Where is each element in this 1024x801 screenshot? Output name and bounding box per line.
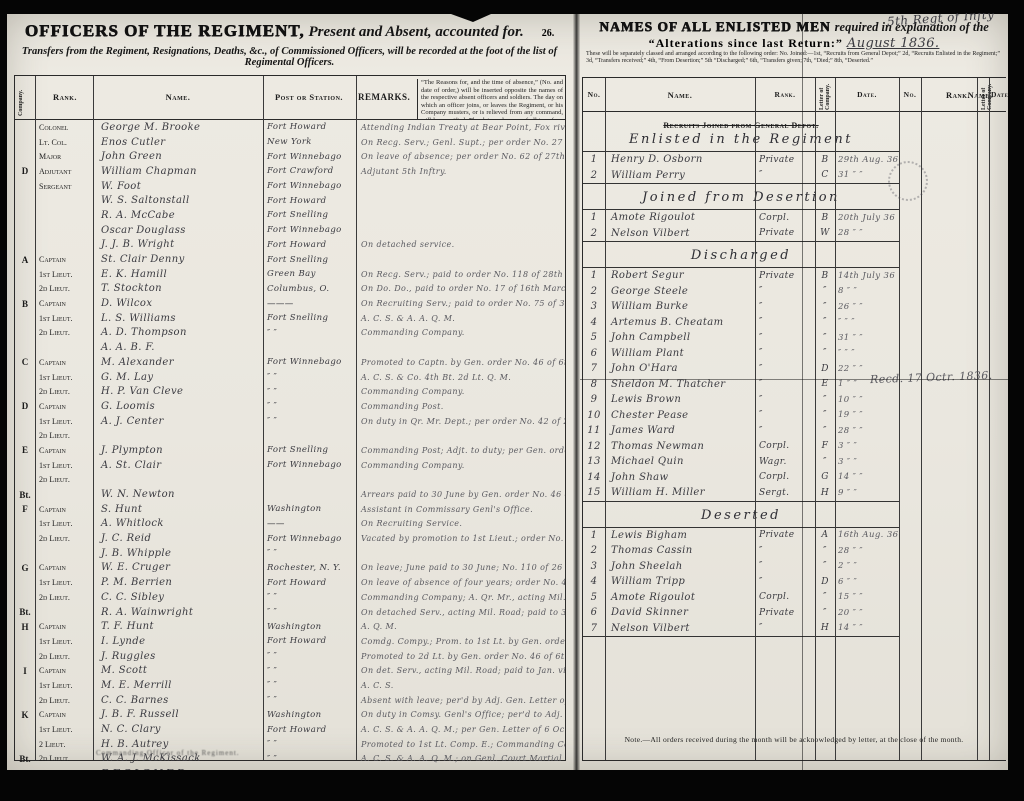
officer-rank: Lt. Col. bbox=[35, 138, 93, 147]
soldier-name: William Burke bbox=[605, 301, 755, 312]
officer-post: Washington bbox=[263, 622, 355, 632]
grid-line bbox=[356, 76, 357, 760]
soldier-company: C bbox=[815, 170, 835, 180]
officer-post: ″ ″ bbox=[263, 592, 355, 602]
officer-remarks: On Recruiting Service. bbox=[355, 519, 565, 528]
left-title-italic: Present and Absent, accounted for. bbox=[308, 24, 523, 40]
soldier-rank: Private bbox=[755, 530, 815, 540]
officer-rank: 2d Lieut. bbox=[35, 475, 93, 484]
officer-remarks: Arrears paid to 30 June by Gen. order No… bbox=[355, 490, 565, 499]
entry-number: 2 bbox=[583, 170, 605, 181]
officer-row: GCaptainW. E. CrugerRochester, N. Y.On l… bbox=[15, 561, 565, 576]
company-letter: K bbox=[15, 710, 35, 720]
officer-rank: Sergeant bbox=[35, 182, 93, 191]
grid-line bbox=[989, 78, 990, 760]
officer-rank: Captain bbox=[35, 402, 93, 411]
col-remarks-label: REMARKS. bbox=[358, 92, 416, 102]
soldier-name: John Campbell bbox=[605, 332, 755, 343]
section-entries: 1Henry D. OsbornPrivateB29th Aug. 362Wil… bbox=[583, 151, 899, 184]
officer-row: HCaptainT. F. HuntWashingtonA. Q. M. bbox=[15, 619, 565, 634]
officer-row: FCaptainS. HuntWashingtonAssistant in Co… bbox=[15, 502, 565, 517]
officer-rank: 2d Lieut. bbox=[35, 593, 93, 602]
officer-row: RESIGNED bbox=[15, 766, 565, 770]
officer-rank: 2d Lieut. bbox=[35, 534, 93, 543]
officer-row: Oscar DouglassFort Winnebago bbox=[15, 223, 565, 238]
soldier-rank: ″ bbox=[755, 317, 815, 327]
entry-date: 6 ″ ″ bbox=[835, 577, 899, 587]
soldier-name: Chester Pease bbox=[605, 410, 755, 421]
left-title-row: OFFICERS OF THE REGIMENT, Present and Ab… bbox=[6, 21, 573, 41]
company-letter: Bt. bbox=[15, 754, 35, 764]
soldier-name: Michael Quin bbox=[605, 456, 755, 467]
company-letter: A bbox=[15, 255, 35, 265]
enlisted-man-row: 7John O'Hara″D22 ″ ″ bbox=[583, 361, 899, 377]
officer-rank: Captain bbox=[35, 622, 93, 631]
officer-post: Columbus, O. bbox=[263, 284, 355, 294]
officer-rank: 2d Lieut. bbox=[35, 328, 93, 337]
officer-post: Fort Winnebago bbox=[263, 225, 355, 235]
enlisted-man-row: 4Artemus B. Cheatam″″″ ″ ″ bbox=[583, 315, 899, 331]
officer-remarks: On detached service. bbox=[355, 240, 565, 249]
soldier-company: ″ bbox=[815, 592, 835, 602]
entry-number: 4 bbox=[583, 317, 605, 328]
officers-page: OFFICERS OF THE REGIMENT, Present and Ab… bbox=[6, 13, 573, 770]
soldier-company: ″ bbox=[815, 302, 835, 312]
officer-remarks: On leave of absence; per order No. 62 of… bbox=[355, 152, 565, 161]
enlisted-man-row: 2Thomas Cassin″″28 ″ ″ bbox=[583, 543, 899, 559]
officer-post: New York bbox=[263, 137, 355, 147]
officer-name: R. A. McCabe bbox=[93, 210, 263, 221]
enlisted-man-row: 3John Sheelah″″2 ″ ″ bbox=[583, 559, 899, 575]
officer-remarks: Commanding Company. bbox=[355, 387, 565, 396]
entry-date: 20 ″ ″ bbox=[835, 608, 899, 618]
officer-row: 2d Lieut.J. Ruggles″ ″Promoted to 2d Lt.… bbox=[15, 649, 565, 664]
enlisted-man-row: 1Robert SegurPrivateB14th July 36 bbox=[583, 268, 899, 284]
enlisted-man-row: 1Lewis BighamPrivateA16th Aug. 36 bbox=[583, 528, 899, 544]
company-letter: E bbox=[15, 445, 35, 455]
soldier-rank: Private bbox=[755, 608, 815, 618]
soldier-name: William Plant bbox=[605, 348, 755, 359]
soldier-company: ″ bbox=[815, 286, 835, 296]
section-header: Discharged bbox=[583, 242, 899, 267]
officer-row: 1st Lieut.I. LyndeFort HowardComdg. Comp… bbox=[15, 634, 565, 649]
left-subtitle: Transfers from the Regiment, Resignation… bbox=[6, 46, 573, 68]
officer-rank: 1st Lieut. bbox=[35, 417, 93, 426]
officer-row: 1st Lieut.M. E. Merrill″ ″A. C. S. bbox=[15, 678, 565, 693]
officer-rank: Captain bbox=[35, 358, 93, 367]
alterations-table-header: No. Name. Rank. Letter of Company. Date.… bbox=[583, 78, 1006, 112]
officer-remarks: Commanding Company; A. Qr. Mr., acting M… bbox=[355, 593, 565, 602]
soldier-company: ″ bbox=[815, 317, 835, 327]
grid-line bbox=[835, 78, 836, 760]
officer-name: J. B. Whipple bbox=[93, 548, 263, 559]
company-letter: H bbox=[15, 622, 35, 632]
officer-post: Fort Snelling bbox=[263, 210, 355, 220]
soldier-rank: Corpl. bbox=[755, 592, 815, 602]
officer-row: BCaptainD. Wilcox———On Recruiting Serv.;… bbox=[15, 296, 565, 311]
soldier-company: D bbox=[815, 364, 835, 374]
soldier-rank: ″ bbox=[755, 364, 815, 374]
left-title-main: OFFICERS OF THE REGIMENT, bbox=[25, 21, 305, 40]
alterations-table-body: Recruits Joined from General Depot. Enli… bbox=[583, 112, 1006, 760]
officer-name: A. A. B. F. bbox=[93, 342, 263, 353]
entry-number: 12 bbox=[583, 441, 605, 452]
entry-date: 14th July 36 bbox=[835, 271, 899, 281]
company-letter: G bbox=[15, 563, 35, 573]
officer-name: J. C. Reid bbox=[93, 533, 263, 544]
officer-row: MajorJohn GreenFort WinnebagoOn leave of… bbox=[15, 149, 565, 164]
soldier-rank: ″ bbox=[755, 410, 815, 420]
soldier-rank: Wagr. bbox=[755, 457, 815, 467]
officer-row: R. A. McCabeFort Snelling bbox=[15, 208, 565, 223]
officer-name: S. Hunt bbox=[93, 504, 263, 515]
entry-number: 5 bbox=[583, 332, 605, 343]
officer-post: ″ ″ bbox=[263, 401, 355, 411]
officer-post: ″ ″ bbox=[263, 680, 355, 690]
entry-number: 6 bbox=[583, 348, 605, 359]
officer-rank: 2d Lieut. bbox=[35, 387, 93, 396]
soldier-name: Thomas Cassin bbox=[605, 545, 755, 556]
officer-remarks: Comdg. Compy.; Prom. to 1st Lt. by Gen. … bbox=[355, 637, 565, 646]
officer-name: I. Lynde bbox=[93, 636, 263, 647]
scan-edge-bottom bbox=[0, 770, 1024, 801]
struck-section-header: Recruits Joined from General Depot. bbox=[583, 112, 899, 126]
enlisted-man-row: 7Nelson Vilbert″H14 ″ ″ bbox=[583, 621, 899, 637]
officer-row: 1st Lieut.P. M. BerrienFort HowardOn lea… bbox=[15, 575, 565, 590]
soldier-name: Amote Rigoulot bbox=[605, 592, 755, 603]
officer-rank: 1st Lieut. bbox=[35, 373, 93, 382]
officer-name: M. Scott bbox=[93, 665, 263, 676]
officer-rank: 1st Lieut. bbox=[35, 461, 93, 470]
officer-remarks: Promoted to Captn. by Gen. order No. 46 … bbox=[355, 358, 565, 367]
officer-post: Fort Winnebago bbox=[263, 152, 355, 162]
soldier-name: Henry D. Osborn bbox=[605, 154, 755, 165]
officer-remarks: Attending Indian Treaty at Bear Point, F… bbox=[355, 123, 565, 132]
remarks-instructions: “The Reasons for, and the time of absenc… bbox=[417, 79, 563, 119]
soldier-name: David Skinner bbox=[605, 607, 755, 618]
entry-number: 15 bbox=[583, 487, 605, 498]
officer-remarks: Commanding Post. bbox=[355, 402, 565, 411]
soldier-rank: ″ bbox=[755, 623, 815, 633]
officer-row: J. J. B. WrightFort HowardOn detached se… bbox=[15, 238, 565, 253]
col-name-label: Name. bbox=[95, 92, 261, 102]
company-letter: B bbox=[15, 299, 35, 309]
officer-rank: 1st Lieut. bbox=[35, 637, 93, 646]
officer-name: W. Foot bbox=[93, 181, 263, 192]
grid-line bbox=[815, 78, 816, 760]
entry-number: 1 bbox=[583, 530, 605, 541]
entry-number: 3 bbox=[583, 301, 605, 312]
officer-row: Lt. Col.Enos CutlerNew YorkOn Recg. Serv… bbox=[15, 135, 565, 150]
right-title-line2: “Alterations since last Return:” bbox=[649, 36, 843, 50]
officer-post: Fort Crawford bbox=[263, 166, 355, 176]
entry-date: 10 ″ ″ bbox=[835, 395, 899, 405]
officer-remarks: On Recg. Serv.; paid to order No. 118 of… bbox=[355, 270, 565, 279]
officer-name: William Chapman bbox=[93, 166, 263, 177]
officer-row: 1st Lieut.G. M. Lay″ ″A. C. S. & Co. 4th… bbox=[15, 370, 565, 385]
soldier-name: Amote Rigoulot bbox=[605, 212, 755, 223]
officer-post: Fort Howard bbox=[263, 196, 355, 206]
officer-post: ″ ″ bbox=[263, 666, 355, 676]
entry-date: 28 ″ ″ bbox=[835, 546, 899, 556]
scanned-document: OFFICERS OF THE REGIMENT, Present and Ab… bbox=[0, 0, 1024, 801]
handwritten-month: August 1836. bbox=[847, 36, 940, 51]
company-letter: D bbox=[15, 401, 35, 411]
officer-row: 2d Lieut.C. C. Sibley″ ″Commanding Compa… bbox=[15, 590, 565, 605]
enlisted-man-row: 12Thomas NewmanCorpl.F3 ″ ″ bbox=[583, 439, 899, 455]
soldier-rank: Corpl. bbox=[755, 472, 815, 482]
grid-line bbox=[35, 76, 36, 760]
grid-line bbox=[263, 76, 264, 760]
officer-name: M. E. Merrill bbox=[93, 680, 263, 691]
enlisted-man-row: 5Amote RigoulotCorpl.″15 ″ ″ bbox=[583, 590, 899, 606]
officer-name: G. Loomis bbox=[93, 401, 263, 412]
soldier-company: B bbox=[815, 213, 835, 223]
officer-rank: 1st Lieut. bbox=[35, 578, 93, 587]
col-company-label: Company. bbox=[18, 80, 24, 116]
officer-remarks: Promoted to 1st Lt. Comp. E.; Commanding… bbox=[355, 740, 565, 749]
section-entries: 1Amote RigoulotCorpl.B20th July 362Nelso… bbox=[583, 209, 899, 242]
officer-remarks: On detached Serv., acting Mil. Road; pai… bbox=[355, 608, 565, 617]
officer-row: ECaptainJ. PlymptonFort SnellingCommandi… bbox=[15, 443, 565, 458]
officer-rank: Captain bbox=[35, 563, 93, 572]
officer-rank: 1st Lieut. bbox=[35, 725, 93, 734]
soldier-company: H bbox=[815, 488, 835, 498]
officer-row: Bt.R. A. Wainwright″ ″On detached Serv.,… bbox=[15, 605, 565, 620]
officer-rank: 1st Lieut. bbox=[35, 314, 93, 323]
soldier-name: Lewis Bigham bbox=[605, 530, 755, 541]
officer-row: J. B. Whipple″ ″ bbox=[15, 546, 565, 561]
officer-remarks: On Recg. Serv.; Genl. Supt.; per order N… bbox=[355, 138, 565, 147]
officer-post: ″ ″ bbox=[263, 416, 355, 426]
officer-remarks: A. C. S. & A. A. Q. M.; per Gen. Letter … bbox=[355, 725, 565, 734]
grid-line bbox=[755, 78, 756, 760]
officer-post: Fort Howard bbox=[263, 578, 355, 588]
officer-name: W. E. Cruger bbox=[93, 562, 263, 573]
enlisted-man-row: 1Amote RigoulotCorpl.B20th July 36 bbox=[583, 210, 899, 226]
officer-remarks: Adjutant 5th Inftry. bbox=[355, 167, 565, 176]
entry-date: 19 ″ ″ bbox=[835, 410, 899, 420]
alterations-table: No. Name. Rank. Letter of Company. Date.… bbox=[582, 77, 1006, 761]
officer-row: DCaptainG. Loomis″ ″Commanding Post. bbox=[15, 399, 565, 414]
entry-number: 13 bbox=[583, 456, 605, 467]
col-letter-label: Letter of Company. bbox=[819, 80, 831, 110]
col-no2-label: No. bbox=[899, 90, 921, 99]
soldier-name: James Ward bbox=[605, 425, 755, 436]
enlisted-man-row: 2Nelson VilbertPrivateW28 ″ ″ bbox=[583, 226, 899, 242]
entry-number: 3 bbox=[583, 561, 605, 572]
entry-number: 1 bbox=[583, 212, 605, 223]
grid-line bbox=[977, 78, 978, 760]
soldier-company: H bbox=[815, 623, 835, 633]
officer-remarks: On Do. Do., paid to order No. 17 of 16th… bbox=[355, 284, 565, 293]
officer-name: D. Wilcox bbox=[93, 298, 263, 309]
officer-remarks: On leave; June paid to 30 June; No. 110 … bbox=[355, 563, 565, 572]
officer-row: 1st Lieut.L. S. WilliamsFort SnellingA. … bbox=[15, 311, 565, 326]
entry-date: 26 ″ ″ bbox=[835, 302, 899, 312]
entry-date: 28 ″ ″ bbox=[835, 426, 899, 436]
officer-row: A. A. B. F. bbox=[15, 340, 565, 355]
entry-date: 8 ″ ″ bbox=[835, 286, 899, 296]
enlisted-man-row: 10Chester Pease″″19 ″ ″ bbox=[583, 408, 899, 424]
officer-post: Green Bay bbox=[263, 269, 355, 279]
printed-footnote: Note.—All orders received during the mon… bbox=[580, 735, 1008, 744]
officer-rank: Captain bbox=[35, 299, 93, 308]
soldier-name: William Perry bbox=[605, 170, 755, 181]
officer-name: T. Stockton bbox=[93, 283, 263, 294]
officer-name: J. J. B. Wright bbox=[93, 239, 263, 250]
soldier-company: ″ bbox=[815, 457, 835, 467]
officer-remarks: Commanding Post; Adjt. to duty; per Gen.… bbox=[355, 446, 565, 455]
officer-rank: Captain bbox=[35, 255, 93, 264]
soldier-name: Lewis Brown bbox=[605, 394, 755, 405]
officer-post: Fort Howard bbox=[263, 636, 355, 646]
officer-row: 2d Lieut.J. C. ReidFort WinnebagoVacated… bbox=[15, 531, 565, 546]
officer-name: C. C. Sibley bbox=[93, 592, 263, 603]
officer-rank: 2d Lieut. bbox=[35, 431, 93, 440]
soldier-rank: ″ bbox=[755, 170, 815, 180]
officer-row: 2d Lieut. bbox=[15, 428, 565, 443]
officer-name: M. Alexander bbox=[93, 357, 263, 368]
enlisted-man-row: 6David SkinnerPrivate″20 ″ ″ bbox=[583, 605, 899, 621]
officer-name: John Green bbox=[93, 151, 263, 162]
enlisted-man-row: 14John ShawCorpl.G14 ″ ″ bbox=[583, 470, 899, 486]
soldier-rank: ″ bbox=[755, 333, 815, 343]
soldier-name: Nelson Vilbert bbox=[605, 623, 755, 634]
soldier-company: B bbox=[815, 271, 835, 281]
entry-date: 20th July 36 bbox=[835, 213, 899, 223]
officer-name: N. C. Clary bbox=[93, 724, 263, 735]
entry-number: 6 bbox=[583, 607, 605, 618]
officer-remarks: On duty in Comsy. Genl's Office; per'd t… bbox=[355, 710, 565, 719]
soldier-company: W bbox=[815, 228, 835, 238]
officer-rank: 2d Lieut. bbox=[35, 754, 93, 763]
entry-date: 28 ″ ″ bbox=[835, 228, 899, 238]
entry-number: 7 bbox=[583, 363, 605, 374]
officer-row: 2d Lieut. bbox=[15, 473, 565, 488]
enlisted-man-row: 9Lewis Brown″″10 ″ ″ bbox=[583, 392, 899, 408]
soldier-company: ″ bbox=[815, 561, 835, 571]
officer-post: Fort Winnebago bbox=[263, 460, 355, 470]
grid-line bbox=[605, 78, 606, 760]
entry-date: 3 ″ ″ bbox=[835, 457, 899, 467]
footer-smudge: Commanding Officer of the Regiment. bbox=[96, 749, 240, 757]
officer-post: Fort Winnebago bbox=[263, 534, 355, 544]
soldier-rank: ″ bbox=[755, 577, 815, 587]
entry-date: 31 ″ ″ bbox=[835, 333, 899, 343]
soldier-company: D bbox=[815, 577, 835, 587]
entry-date: ″ ″ ″ bbox=[835, 348, 899, 358]
entry-date: ″ ″ ″ bbox=[835, 317, 899, 327]
entry-number: 1 bbox=[583, 270, 605, 281]
officer-rank: Adjutant bbox=[35, 167, 93, 176]
col-name-label: Name. bbox=[605, 90, 755, 100]
officer-remarks: Absent with leave; per'd by Adj. Gen. Le… bbox=[355, 696, 565, 705]
officer-name: W. S. Saltonstall bbox=[93, 195, 263, 206]
officer-remarks: A. C. S. bbox=[355, 681, 565, 690]
soldier-company: ″ bbox=[815, 426, 835, 436]
officer-post: Rochester, N. Y. bbox=[263, 563, 355, 573]
soldier-rank: ″ bbox=[755, 426, 815, 436]
soldier-rank: ″ bbox=[755, 302, 815, 312]
section-header: Joined from Desertion bbox=[583, 184, 899, 209]
entry-date: 15 ″ ″ bbox=[835, 592, 899, 602]
right-instructions: These will be separately classed and arr… bbox=[586, 51, 1000, 65]
officer-post: Washington bbox=[263, 710, 355, 720]
officers-table: Company. Rank. Name. Post or Station. RE… bbox=[14, 75, 566, 761]
enlisted-man-row: 5John Campbell″″31 ″ ″ bbox=[583, 330, 899, 346]
officer-remarks: On leave of absence of four years; order… bbox=[355, 578, 565, 587]
soldier-rank: Private bbox=[755, 155, 815, 165]
officer-remarks: A. C. S. & A. A. Q. M.; on Genl. Court M… bbox=[355, 754, 565, 763]
entry-number: 7 bbox=[583, 623, 605, 634]
officer-rank: Captain bbox=[35, 446, 93, 455]
officer-rank: Captain bbox=[35, 710, 93, 719]
officer-name: Oscar Douglass bbox=[93, 225, 263, 236]
entry-number: 2 bbox=[583, 286, 605, 297]
enlisted-man-row: 6William Plant″″″ ″ ″ bbox=[583, 346, 899, 362]
officer-remarks: On duty in Qr. Mr. Dept.; per order No. … bbox=[355, 417, 565, 426]
entry-date: 29th Aug. 36 bbox=[835, 155, 899, 165]
officer-post: Fort Howard bbox=[263, 240, 355, 250]
company-letter: C bbox=[15, 357, 35, 367]
officer-rank: 2d Lieut. bbox=[35, 284, 93, 293]
soldier-company: F bbox=[815, 441, 835, 451]
officers-table-header: Company. Rank. Name. Post or Station. RE… bbox=[15, 76, 565, 120]
soldier-rank: ″ bbox=[755, 286, 815, 296]
officer-row: CCaptainM. AlexanderFort WinnebagoPromot… bbox=[15, 355, 565, 370]
grid-line bbox=[93, 76, 94, 760]
soldier-name: John Sheelah bbox=[605, 561, 755, 572]
soldier-company: ″ bbox=[815, 546, 835, 556]
entry-date: 16th Aug. 36 bbox=[835, 530, 899, 540]
soldier-name: William H. Miller bbox=[605, 487, 755, 498]
company-letter: I bbox=[15, 666, 35, 676]
officer-name: George M. Brooke bbox=[93, 122, 263, 133]
col-post-label: Post or Station. bbox=[263, 92, 355, 102]
officer-row: 2d Lieut.H. P. Van Cleve″ ″Commanding Co… bbox=[15, 384, 565, 399]
officer-row: 2d Lieut.A. D. Thompson″ ″Commanding Com… bbox=[15, 326, 565, 341]
officer-name: P. M. Berrien bbox=[93, 577, 263, 588]
officer-rank: 2d Lieut. bbox=[35, 696, 93, 705]
soldier-name: Thomas Newman bbox=[605, 441, 755, 452]
officer-name: J. Plympton bbox=[93, 445, 263, 456]
entry-number: 1 bbox=[583, 154, 605, 165]
entry-number: 2 bbox=[583, 545, 605, 556]
officer-row: 1st Lieut.A. Whitlock——On Recruiting Ser… bbox=[15, 517, 565, 532]
officer-post: Fort Snelling bbox=[263, 313, 355, 323]
col-rank-label: Rank. bbox=[39, 92, 91, 102]
officer-post: Fort Snelling bbox=[263, 255, 355, 265]
soldier-rank: ″ bbox=[755, 348, 815, 358]
officer-row: ACaptainSt. Clair DennyFort Snelling bbox=[15, 252, 565, 267]
soldier-company: ″ bbox=[815, 410, 835, 420]
enlisted-man-row: 11James Ward″″28 ″ ″ bbox=[583, 423, 899, 439]
soldier-name: William Tripp bbox=[605, 576, 755, 587]
soldier-name: John Shaw bbox=[605, 472, 755, 483]
col-rank-label: Rank. bbox=[755, 90, 815, 99]
soldier-name: John O'Hara bbox=[605, 363, 755, 374]
soldier-rank: Private bbox=[755, 271, 815, 281]
entry-date: 14 ″ ″ bbox=[835, 472, 899, 482]
officer-remarks: On Recruiting Serv.; paid to order No. 7… bbox=[355, 299, 565, 308]
fold-crease-horizontal bbox=[580, 379, 1008, 380]
soldier-company: E bbox=[815, 379, 835, 389]
officer-name: W. N. Newton bbox=[93, 489, 263, 500]
page-number: 26. bbox=[542, 28, 555, 39]
enlisted-men-page: NAMES OF ALL ENLISTED MEN required in ex… bbox=[580, 13, 1008, 770]
entry-date: 3 ″ ″ bbox=[835, 441, 899, 451]
